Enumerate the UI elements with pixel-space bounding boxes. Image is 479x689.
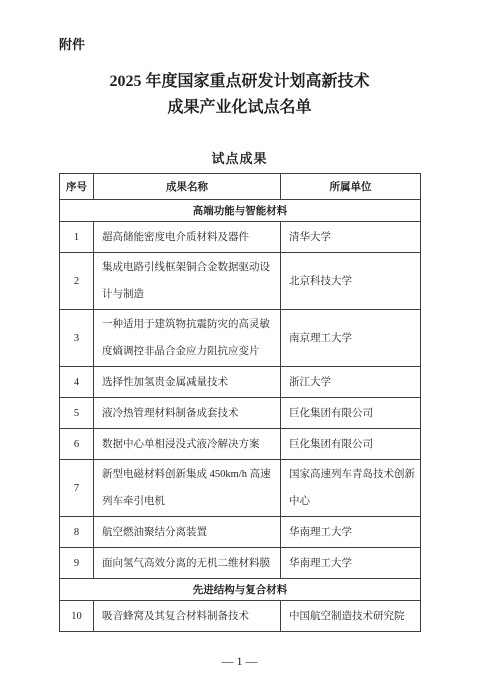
document-page: 附件 2025 年度国家重点研发计划高新技术 成果产业化试点名单 试点成果 序号… (0, 0, 479, 689)
section-header-cell: 先进结构与复合材料 (60, 579, 421, 601)
unit-cell: 华南理工大学 (281, 517, 421, 548)
table-row: 3一种适用于建筑物抗震防灾的高灵敏度熵调控非晶合金应力阻抗应变片南京理工大学 (60, 310, 421, 367)
row-number-cell: 2 (60, 253, 94, 310)
attachment-label: 附件 (59, 36, 420, 53)
document-title-line1: 2025 年度国家重点研发计划高新技术 (59, 69, 420, 95)
header-row: 序号 成果名称 所属单位 (60, 174, 421, 200)
page-number: — 1 — (59, 654, 420, 669)
table-row: 2集成电路引线框架铜合金数据驱动设计与制造北京科技大学 (60, 253, 421, 310)
unit-cell: 巨化集团有限公司 (281, 398, 421, 429)
header-cell-unit: 所属单位 (281, 174, 421, 200)
table-caption: 试点成果 (59, 148, 420, 167)
table-row: 6数据中心单相浸没式液冷解决方案巨化集团有限公司 (60, 429, 421, 460)
table-row: 9面向氢气高效分离的无机二维材料膜华南理工大学 (60, 548, 421, 579)
unit-cell: 北京科技大学 (281, 253, 421, 310)
header-cell-number: 序号 (60, 174, 94, 200)
row-number-cell: 1 (60, 222, 94, 253)
row-number-cell: 7 (60, 460, 94, 517)
achievement-name-cell: 航空燃油聚结分离装置 (94, 517, 281, 548)
table-row: 5液冷热管理材料制备成套技术巨化集团有限公司 (60, 398, 421, 429)
unit-cell: 中国航空制造技术研究院 (281, 601, 421, 632)
document-title-line2: 成果产业化试点名单 (59, 95, 420, 121)
table-row: 10吸音蜂窝及其复合材料制备技术中国航空制造技术研究院 (60, 601, 421, 632)
results-table: 序号 成果名称 所属单位 高端功能与智能材料1超高储能密度电介质材料及器件清华大… (59, 173, 421, 632)
achievement-name-cell: 吸音蜂窝及其复合材料制备技术 (94, 601, 281, 632)
row-number-cell: 6 (60, 429, 94, 460)
table-row: 8航空燃油聚结分离装置华南理工大学 (60, 517, 421, 548)
document-title: 2025 年度国家重点研发计划高新技术 成果产业化试点名单 (59, 69, 420, 121)
unit-cell: 浙江大学 (281, 367, 421, 398)
achievement-name-cell: 新型电磁材料创新集成 450km/h 高速列车牵引电机 (94, 460, 281, 517)
unit-cell: 巨化集团有限公司 (281, 429, 421, 460)
achievement-name-cell: 一种适用于建筑物抗震防灾的高灵敏度熵调控非晶合金应力阻抗应变片 (94, 310, 281, 367)
achievement-name-cell: 选择性加氢贵金属减量技术 (94, 367, 281, 398)
section-header-row: 先进结构与复合材料 (60, 579, 421, 601)
row-number-cell: 3 (60, 310, 94, 367)
row-number-cell: 4 (60, 367, 94, 398)
section-header-row: 高端功能与智能材料 (60, 200, 421, 222)
achievement-name-cell: 面向氢气高效分离的无机二维材料膜 (94, 548, 281, 579)
row-number-cell: 10 (60, 601, 94, 632)
achievement-name-cell: 数据中心单相浸没式液冷解决方案 (94, 429, 281, 460)
table-row: 4选择性加氢贵金属减量技术浙江大学 (60, 367, 421, 398)
section-header-cell: 高端功能与智能材料 (60, 200, 421, 222)
achievement-name-cell: 液冷热管理材料制备成套技术 (94, 398, 281, 429)
table-row: 7新型电磁材料创新集成 450km/h 高速列车牵引电机国家高速列车青岛技术创新… (60, 460, 421, 517)
achievement-name-cell: 集成电路引线框架铜合金数据驱动设计与制造 (94, 253, 281, 310)
header-cell-achievement-name: 成果名称 (94, 174, 281, 200)
row-number-cell: 5 (60, 398, 94, 429)
results-table-body: 高端功能与智能材料1超高储能密度电介质材料及器件清华大学2集成电路引线框架铜合金… (60, 200, 421, 632)
achievement-name-cell: 超高储能密度电介质材料及器件 (94, 222, 281, 253)
unit-cell: 清华大学 (281, 222, 421, 253)
table-row: 1超高储能密度电介质材料及器件清华大学 (60, 222, 421, 253)
unit-cell: 华南理工大学 (281, 548, 421, 579)
row-number-cell: 9 (60, 548, 94, 579)
row-number-cell: 8 (60, 517, 94, 548)
unit-cell: 国家高速列车青岛技术创新中心 (281, 460, 421, 517)
unit-cell: 南京理工大学 (281, 310, 421, 367)
results-table-header: 序号 成果名称 所属单位 (60, 174, 421, 200)
